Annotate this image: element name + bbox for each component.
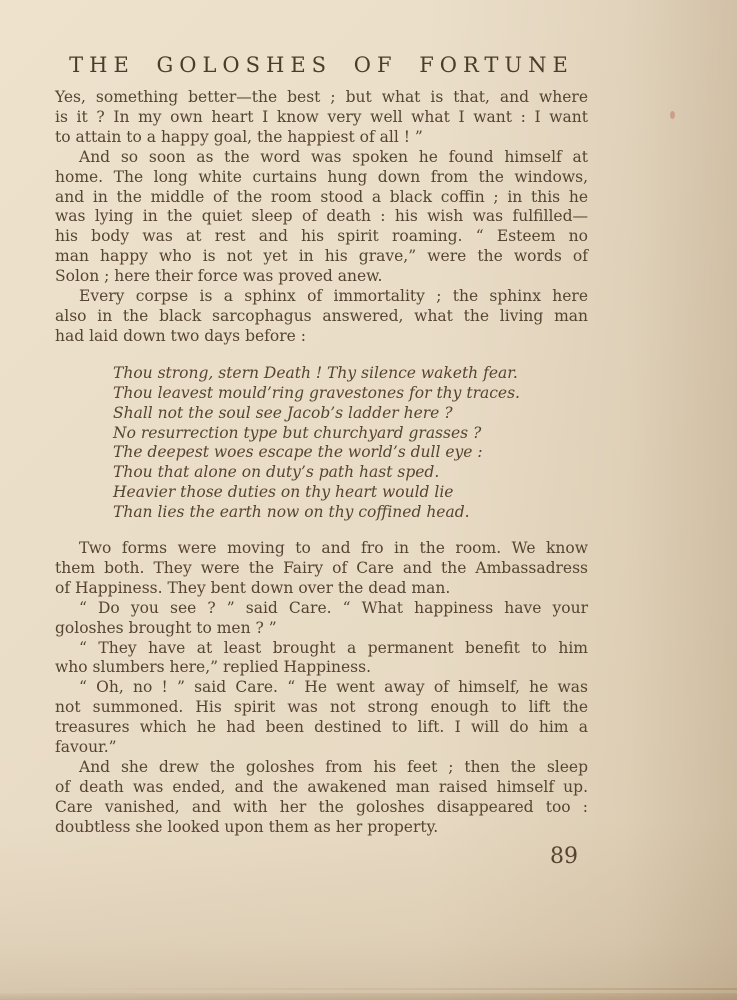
- page-bottom-edge: [0, 993, 737, 1000]
- paragraph: “ Do you see ? ” said Care. “ What happi…: [55, 599, 588, 639]
- text-line: Every corpse is a sphinx of immortality …: [55, 287, 588, 307]
- text-line: “ They have at least brought a permanent…: [55, 639, 588, 659]
- paragraph: “ Oh, no ! ” said Care. “ He went away o…: [55, 678, 588, 758]
- text-line: home. The long white curtains hung down …: [55, 168, 588, 188]
- poem-line: Thou leavest mould’ring gravestones for …: [113, 384, 588, 404]
- poem-stanza: Thou strong, stern Death ! Thy silence w…: [113, 364, 588, 523]
- text-line: Solon ; here their force was proved anew…: [55, 267, 588, 287]
- text-line: Care vanished, and with her the goloshes…: [55, 798, 588, 818]
- paragraph: Every corpse is a sphinx of immortality …: [55, 287, 588, 347]
- poem-line: Thou that alone on duty’s path hast sped…: [113, 463, 588, 483]
- text-line: them both. They were the Fairy of Care a…: [55, 559, 588, 579]
- poem-line: No resurrection type but churchyard gras…: [113, 424, 588, 444]
- poem-line: Shall not the soul see Jacob’s ladder he…: [113, 404, 588, 424]
- poem-line: The deepest woes escape the world’s dull…: [113, 443, 588, 463]
- text-line: doubtless she looked upon them as her pr…: [55, 818, 588, 838]
- text-line: and in the middle of the room stood a bl…: [55, 188, 588, 208]
- text-line: favour.”: [55, 738, 588, 758]
- text-line: his body was at rest and his spirit roam…: [55, 227, 588, 247]
- page-bottom-edge-line: [0, 988, 737, 990]
- text-line: was lying in the quiet sleep of death : …: [55, 207, 588, 227]
- text-line: Two forms were moving to and fro in the …: [55, 539, 588, 559]
- paragraph: And so soon as the word was spoken he fo…: [55, 148, 588, 287]
- page-title: THE GOLOSHES OF FORTUNE: [55, 53, 588, 77]
- page-number: 89: [550, 844, 578, 869]
- text-line: also in the black sarcophagus answered, …: [55, 307, 588, 327]
- paragraph: “ They have at least brought a permanent…: [55, 639, 588, 679]
- text-line: And so soon as the word was spoken he fo…: [55, 148, 588, 168]
- paragraph: And she drew the goloshes from his feet …: [55, 758, 588, 838]
- book-page-scan: THE GOLOSHES OF FORTUNE Yes, something b…: [0, 0, 737, 1000]
- text-line: not summoned. His spirit was not strong …: [55, 698, 588, 718]
- text-line: And she drew the goloshes from his feet …: [55, 758, 588, 778]
- paragraph: Two forms were moving to and fro in the …: [55, 539, 588, 599]
- paragraph: Yes, something better—the best ; but wha…: [55, 88, 588, 148]
- text-line: had laid down two days before :: [55, 327, 588, 347]
- poem-line: Heavier those duties on thy heart would …: [113, 483, 588, 503]
- text-line: man happy who is not yet in his grave,” …: [55, 247, 588, 267]
- text-line: is it ? In my own heart I know very well…: [55, 108, 588, 128]
- text-line: of death was ended, and the awakened man…: [55, 778, 588, 798]
- paper-stain: [670, 111, 675, 119]
- text-line: treasures which he had been destined to …: [55, 718, 588, 738]
- poem-line: Than lies the earth now on thy coffined …: [113, 503, 588, 523]
- poem-line: Thou strong, stern Death ! Thy silence w…: [113, 364, 588, 384]
- text-line: Yes, something better—the best ; but wha…: [55, 88, 588, 108]
- text-line: of Happiness. They bent down over the de…: [55, 579, 588, 599]
- text-line: to attain to a happy goal, the happiest …: [55, 128, 588, 148]
- text-line: “ Do you see ? ” said Care. “ What happi…: [55, 599, 588, 619]
- text-line: who slumbers here,” replied Happiness.: [55, 658, 588, 678]
- text-line: goloshes brought to men ? ”: [55, 619, 588, 639]
- text-column: Yes, something better—the best ; but wha…: [55, 88, 588, 838]
- text-line: “ Oh, no ! ” said Care. “ He went away o…: [55, 678, 588, 698]
